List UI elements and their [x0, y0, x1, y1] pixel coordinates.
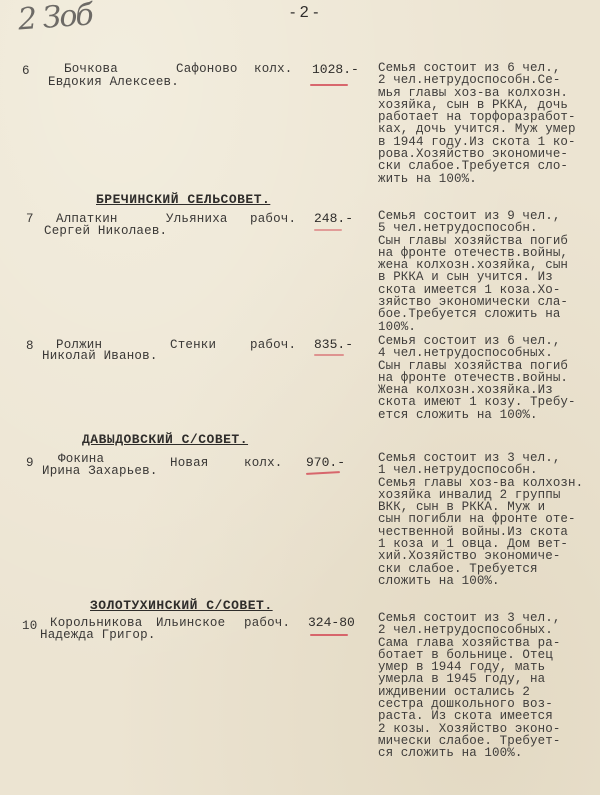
entry-number: 9 — [26, 456, 34, 470]
document-page: 2 Зоб - 2 - 6 Бочкова Евдокия Алексеев. … — [0, 0, 600, 795]
entry-name: Надежда Григор. — [40, 628, 156, 642]
entry-name: Ирина Захарьев. — [42, 464, 158, 478]
section-title: БРЕЧИНСКИЙ СЕЛЬСОВЕТ. — [96, 192, 270, 207]
red-underline — [310, 84, 348, 86]
entry-occupation: колх. — [244, 456, 283, 470]
handwritten-sheet-number: 2 Зоб — [17, 0, 93, 38]
entry-description: Семья состоит из 6 чел., 4 чел.нетрудосп… — [378, 335, 598, 421]
entry-number: 7 — [26, 212, 34, 226]
entry-number: 10 — [22, 619, 37, 633]
entry-occupation: колх. — [254, 62, 293, 76]
entry-occupation: рабоч. — [250, 338, 296, 352]
entry-amount: 1028.- — [312, 62, 359, 77]
entry-amount: 248.- — [314, 211, 353, 226]
entry-occupation: рабоч. — [250, 212, 296, 226]
section-title: ДАВЫДОВСКИЙ С/СОВЕТ. — [82, 432, 248, 447]
red-underline — [314, 229, 342, 231]
entry-number: 6 — [22, 64, 30, 78]
entry-village: Новая — [170, 456, 209, 470]
entry-occupation: рабоч. — [244, 616, 290, 630]
entry-name: Евдокия Алексеев. — [48, 75, 179, 89]
entry-description: Семья состоит из 9 чел., 5 чел.нетрудосп… — [378, 210, 598, 333]
entry-village: Стенки — [170, 338, 216, 352]
entry-number: 8 — [26, 339, 34, 353]
entry-village: Ульяниха — [166, 212, 228, 226]
entry-amount: 324-80 — [308, 615, 355, 630]
entry-name: Николай Иванов. — [42, 349, 158, 363]
entry-description: Семья состоит из 3 чел., 1 чел.нетрудосп… — [378, 452, 598, 587]
entry-village: Сафоново — [176, 62, 238, 76]
red-underline — [310, 634, 348, 636]
entry-description: Семья состоит из 3 чел., 2 чел.нетрудосп… — [378, 612, 598, 760]
entry-surname: Бочкова — [64, 62, 118, 76]
entry-amount: 970.- — [306, 455, 345, 470]
entry-amount: 835.- — [314, 337, 353, 352]
section-title: ЗОЛОТУХИНСКИЙ С/СОВЕТ. — [90, 598, 273, 613]
entry-name: Сергей Николаев. — [44, 224, 167, 238]
red-underline — [306, 471, 340, 475]
entry-description: Семья состоит из 6 чел., 2 чел.нетрудосп… — [378, 62, 598, 185]
red-underline — [314, 354, 344, 356]
entry-village: Ильинское — [156, 616, 225, 630]
page-number: - 2 - — [290, 4, 318, 22]
